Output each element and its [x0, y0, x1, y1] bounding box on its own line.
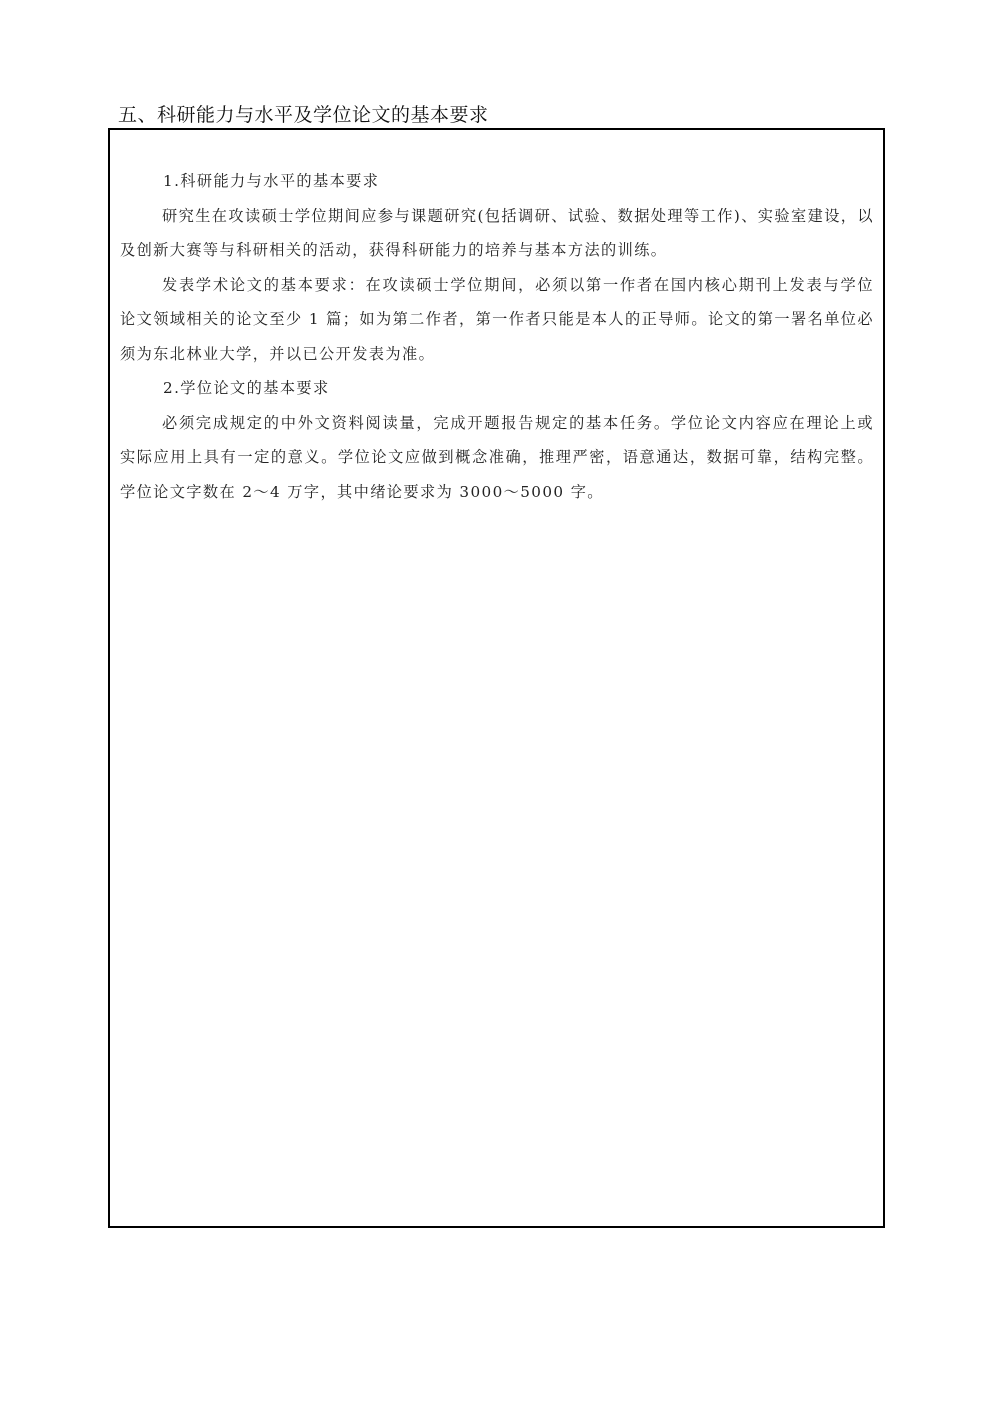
paragraph-thesis-requirements: 必须完成规定的中外文资料阅读量，完成开题报告规定的基本任务。学位论文内容应在理论… — [120, 406, 874, 510]
requirements-box: 1.科研能力与水平的基本要求 研究生在攻读硕士学位期间应参与课题研究(包括调研、… — [108, 128, 885, 1228]
requirements-content: 1.科研能力与水平的基本要求 研究生在攻读硕士学位期间应参与课题研究(包括调研、… — [120, 164, 874, 509]
paragraph-publication-requirements: 发表学术论文的基本要求：在攻读硕士学位期间，必须以第一作者在国内核心期刊上发表与… — [120, 268, 874, 372]
section-title: 五、科研能力与水平及学位论文的基本要求 — [118, 103, 489, 127]
paragraph-research-participation: 研究生在攻读硕士学位期间应参与课题研究(包括调研、试验、数据处理等工作)、实验室… — [120, 199, 874, 268]
subheading-thesis-requirements: 2.学位论文的基本要求 — [120, 371, 874, 406]
subheading-research-ability: 1.科研能力与水平的基本要求 — [120, 164, 874, 199]
